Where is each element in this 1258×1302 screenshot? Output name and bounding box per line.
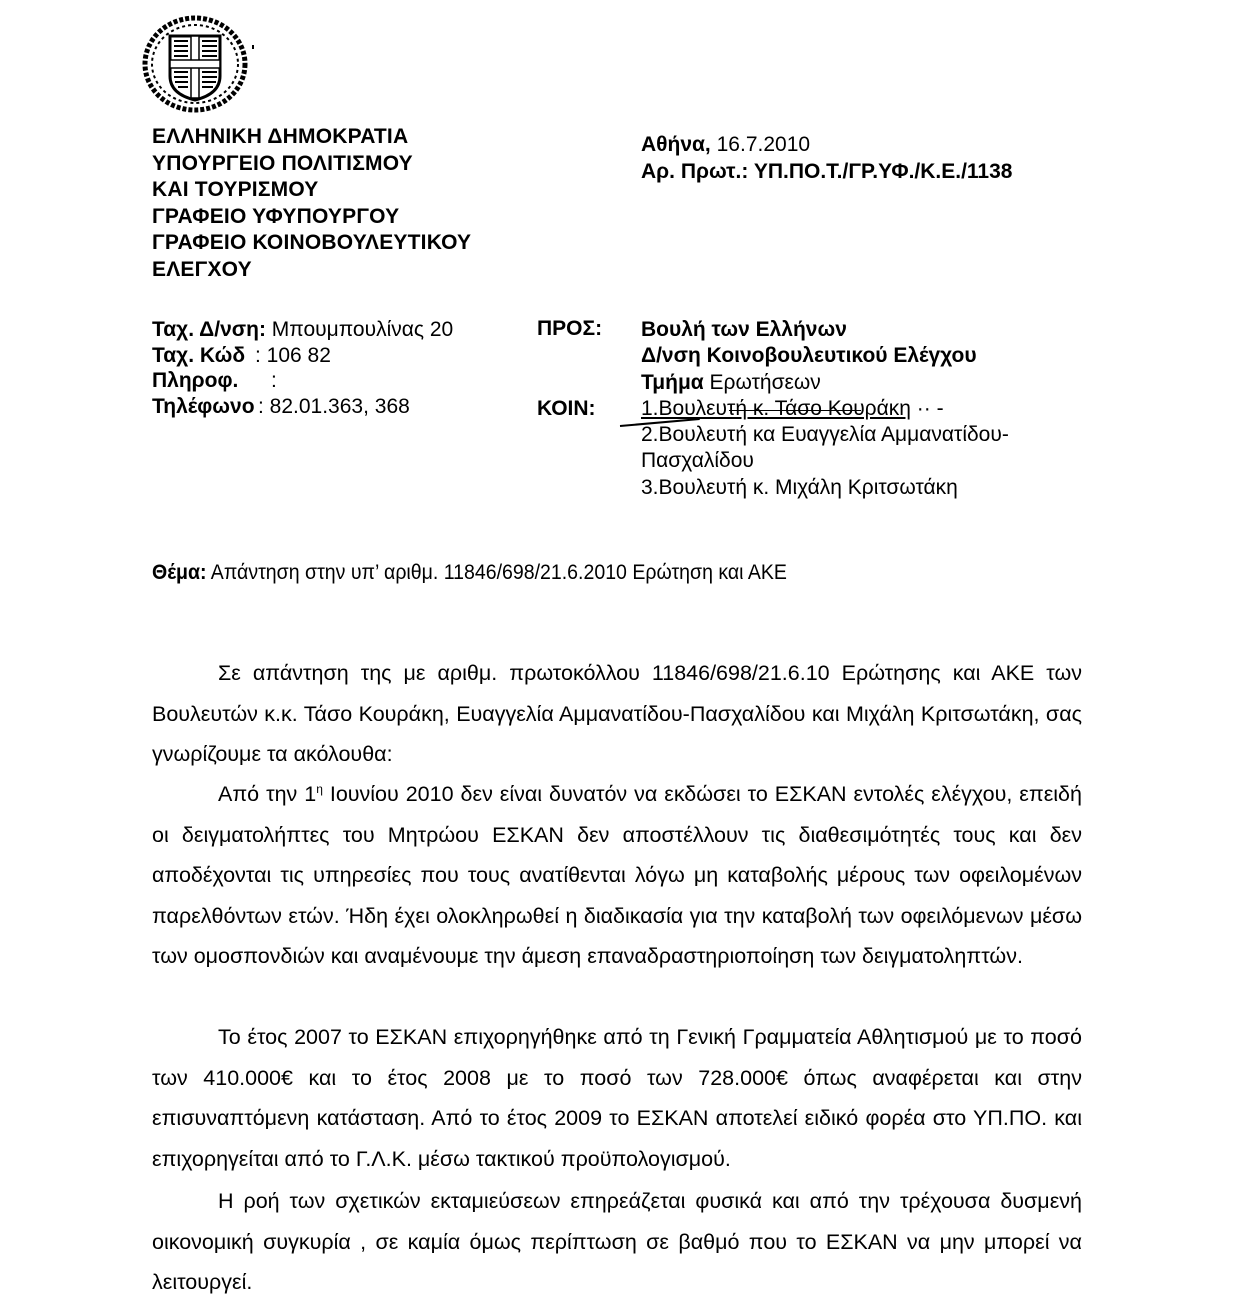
postal-row: Ταχ. Κώδ: 106 82 — [152, 343, 453, 369]
paragraph-text: Η ροή των σχετικών εκταμιεύσεων επηρεάζε… — [152, 1181, 1082, 1302]
place-label: Αθήνα, — [641, 133, 711, 156]
protocol-line: Αρ. Πρωτ.: ΥΠ.ΠΟ.Τ./ΓΡ.ΥΦ./Κ.Ε./1138 — [641, 158, 1012, 185]
cc-line: 3.Βουλευτή κ. Μιχάλη Κριτσωτάκη — [641, 475, 1009, 501]
address-row: Ταχ. Δ/νση: Μπουμπουλίνας 20 — [152, 317, 453, 343]
p2-start: Από την 1 — [218, 782, 316, 806]
dept-rest: Ερωτήσεων — [704, 371, 821, 394]
paragraph-text: Σε απάντηση της με αριθμ. πρωτοκόλλου 11… — [152, 653, 1082, 775]
struck-tail: ·· - — [911, 397, 944, 420]
body-paragraph-3: Το έτος 2007 το ΕΣΚΑΝ επιχορηγήθηκε από … — [152, 1017, 1082, 1179]
to-label: ΠΡΟΣ: — [537, 317, 602, 341]
paragraph-text: Από την 1η Ιουνίου 2010 δεν είναι δυνατό… — [152, 774, 1082, 977]
date-line: Αθήνα, 16.7.2010 — [641, 131, 1012, 158]
cc-label: ΚΟΙΝ: — [537, 397, 596, 421]
cc-line: 2.Βουλευτή κα Ευαγγελία Αμμανατίδου- — [641, 422, 1009, 448]
phone-value: : 82.01.363, 368 — [258, 395, 410, 418]
strikethrough-line — [729, 410, 861, 412]
body-paragraph-2: Από την 1η Ιουνίου 2010 δεν είναι δυνατό… — [152, 774, 1082, 977]
p2-rest: Ιουνίου 2010 δεν είναι δυνατόν να εκδώσε… — [152, 782, 1082, 968]
address-label: Ταχ. Δ/νση: — [152, 317, 266, 343]
phone-label: Τηλέφωνο — [152, 394, 258, 420]
org-line: ΕΛΛΗΝΙΚΗ ΔΗΜΟΚΡΑΤΙΑ — [152, 124, 471, 151]
recipient-line: Βουλή των Ελλήνων — [641, 317, 1009, 343]
subject-label: Θέμα: — [152, 561, 206, 584]
date-value: 16.7.2010 — [717, 133, 810, 156]
subject-line: Θέμα: Απάντηση στην υπ’ αριθμ. 11846/698… — [152, 561, 787, 585]
paragraph-text: Το έτος 2007 το ΕΣΚΑΝ επιχορηγήθηκε από … — [152, 1017, 1082, 1179]
info-label: Πληροφ. — [152, 368, 271, 394]
org-line: ΕΛΕΓΧΟΥ — [152, 257, 471, 284]
org-line: ΚΑΙ ΤΟΥΡΙΣΜΟΥ — [152, 177, 471, 204]
cc-line: Πασχαλίδου — [641, 448, 1009, 474]
address-value: Μπουμπουλίνας 20 — [272, 318, 453, 341]
postal-label: Ταχ. Κώδ — [152, 343, 255, 369]
struck-recipient: 1.Βουλευτή κ. Τάσο Κουράκη — [641, 396, 911, 422]
protocol-number: ΥΠ.ΠΟ.Τ./ΓΡ.ΥΦ./Κ.Ε./1138 — [754, 160, 1013, 183]
ordinal-sup: η — [316, 782, 323, 796]
organization-block: ΕΛΛΗΝΙΚΗ ΔΗΜΟΚΡΑΤΙΑ ΥΠΟΥΡΓΕΙΟ ΠΟΛΙΤΙΣΜΟΥ… — [152, 124, 471, 283]
recipient-line: Δ/νση Κοινοβουλευτικού Ελέγχου — [641, 343, 1009, 369]
struck-text: 1.Βουλευτή κ. Τάσο Κουράκη — [641, 397, 911, 420]
info-row: Πληροφ.: — [152, 368, 453, 394]
org-line: ΓΡΑΦΕΙΟ ΥΦΥΠΟΥΡΓΟΥ — [152, 204, 471, 231]
date-protocol-block: Αθήνα, 16.7.2010 Αρ. Πρωτ.: ΥΠ.ΠΟ.Τ./ΓΡ.… — [641, 131, 1012, 185]
recipients-block: Βουλή των Ελλήνων Δ/νση Κοινοβουλευτικού… — [641, 317, 1009, 501]
greek-coat-of-arms-icon — [140, 14, 250, 114]
dept-bold: Τμήμα — [641, 371, 704, 394]
info-value: : — [271, 369, 277, 392]
body-paragraph-4: Η ροή των σχετικών εκταμιεύσεων επηρεάζε… — [152, 1181, 1082, 1302]
body-paragraph-1: Σε απάντηση της με αριθμ. πρωτοκόλλου 11… — [152, 653, 1082, 775]
subject-text: Απάντηση στην υπ’ αριθμ. 11846/698/21.6.… — [206, 561, 786, 584]
protocol-label: Αρ. Πρωτ.: — [641, 160, 748, 183]
org-line: ΓΡΑΦΕΙΟ ΚΟΙΝΟΒΟΥΛΕΥΤΙΚΟΥ — [152, 230, 471, 257]
contact-block: Ταχ. Δ/νση: Μπουμπουλίνας 20 Ταχ. Κώδ: 1… — [152, 317, 453, 419]
org-line: ΥΠΟΥΡΓΕΙΟ ΠΟΛΙΤΙΣΜΟΥ — [152, 151, 471, 178]
postal-value: : 106 82 — [255, 344, 331, 367]
scan-speck — [252, 45, 254, 49]
recipient-dept: Τμήμα Ερωτήσεων — [641, 370, 1009, 396]
phone-row: Τηλέφωνο: 82.01.363, 368 — [152, 394, 453, 420]
